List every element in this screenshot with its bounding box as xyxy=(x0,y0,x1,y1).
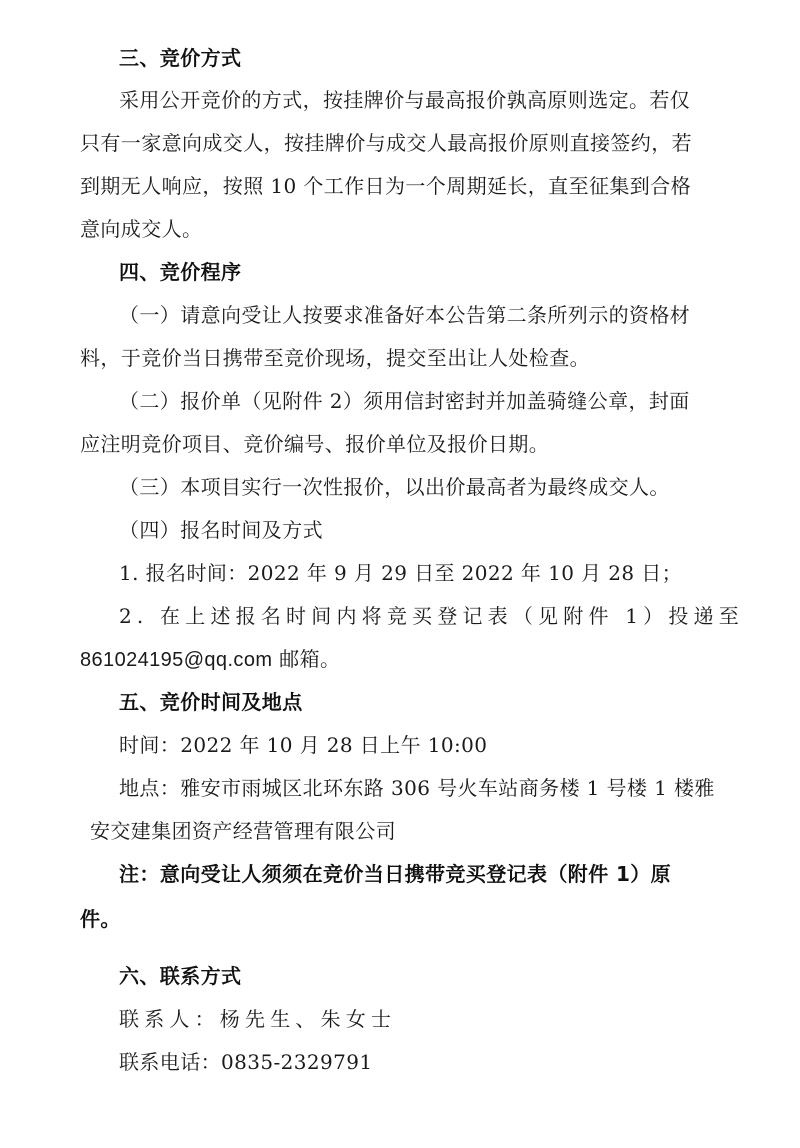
section-4-item-1-line-2: 料，于竞价当日携带至竞价现场，提交至出让人处检查。 xyxy=(80,345,590,371)
note-line-2: 件。 xyxy=(80,906,121,932)
contact-person: 联系人：杨先生、朱女士 xyxy=(119,1006,396,1032)
section-3-heading: 三、竞价方式 xyxy=(119,45,241,71)
section-4-item-1-line-1: （一）请意向受让人按要求准备好本公告第二条所列示的资格材 xyxy=(119,302,690,328)
section-6-heading: 六、联系方式 xyxy=(119,963,241,989)
section-4-item-3: （三）本项目实行一次性报价，以出价最高者为最终成交人。 xyxy=(119,474,670,500)
auction-location-line-1: 地点：雅安市雨城区北环东路 306 号火车站商务楼 1 号楼 1 楼雅 xyxy=(119,775,715,801)
contact-phone: 联系电话：0835-2329791 xyxy=(119,1049,373,1075)
section-5-heading: 五、竞价时间及地点 xyxy=(119,689,303,715)
email-address: 861024195@qq.com xyxy=(80,649,272,671)
section-3-para-line-3: 到期无人响应，按照 10 个工作日为一个周期延长，直至征集到合格 xyxy=(80,173,691,199)
section-4-item-4-title: （四）报名时间及方式 xyxy=(119,517,323,543)
note-line-1: 注：意向受让人须须在竞价当日携带竞买登记表（附件 1）原 xyxy=(119,861,671,887)
document-page: 三、竞价方式 采用公开竞价的方式，按挂牌价与最高报价孰高原则选定。若仅 只有一家… xyxy=(0,0,800,1148)
registration-method-line-2: 861024195@qq.com 邮箱。 xyxy=(80,646,340,673)
registration-time: 1. 报名时间：2022 年 9 月 29 日至 2022 年 10 月 28 … xyxy=(119,560,682,586)
email-suffix: 邮箱。 xyxy=(272,647,340,671)
section-3-para-line-4: 意向成交人。 xyxy=(80,216,202,242)
section-4-item-2-line-1: （二）报价单（见附件 2）须用信封密封并加盖骑缝公章，封面 xyxy=(119,388,690,414)
auction-location-line-2: 安交建集团资产经营管理有限公司 xyxy=(90,818,396,844)
section-4-heading: 四、竞价程序 xyxy=(119,259,241,285)
section-4-item-2-line-2: 应注明竞价项目、竞价编号、报价单位及报价日期。 xyxy=(80,431,549,457)
auction-time: 时间：2022 年 10 月 28 日上午 10:00 xyxy=(119,732,487,758)
section-3-para-line-2: 只有一家意向成交人，按挂牌价与成交人最高报价原则直接签约，若 xyxy=(80,130,692,156)
registration-method-line-1: 2. 在上述报名时间内将竞买登记表（见附件 1）投递至 xyxy=(119,603,744,629)
section-3-para-line-1: 采用公开竞价的方式，按挂牌价与最高报价孰高原则选定。若仅 xyxy=(119,87,690,113)
